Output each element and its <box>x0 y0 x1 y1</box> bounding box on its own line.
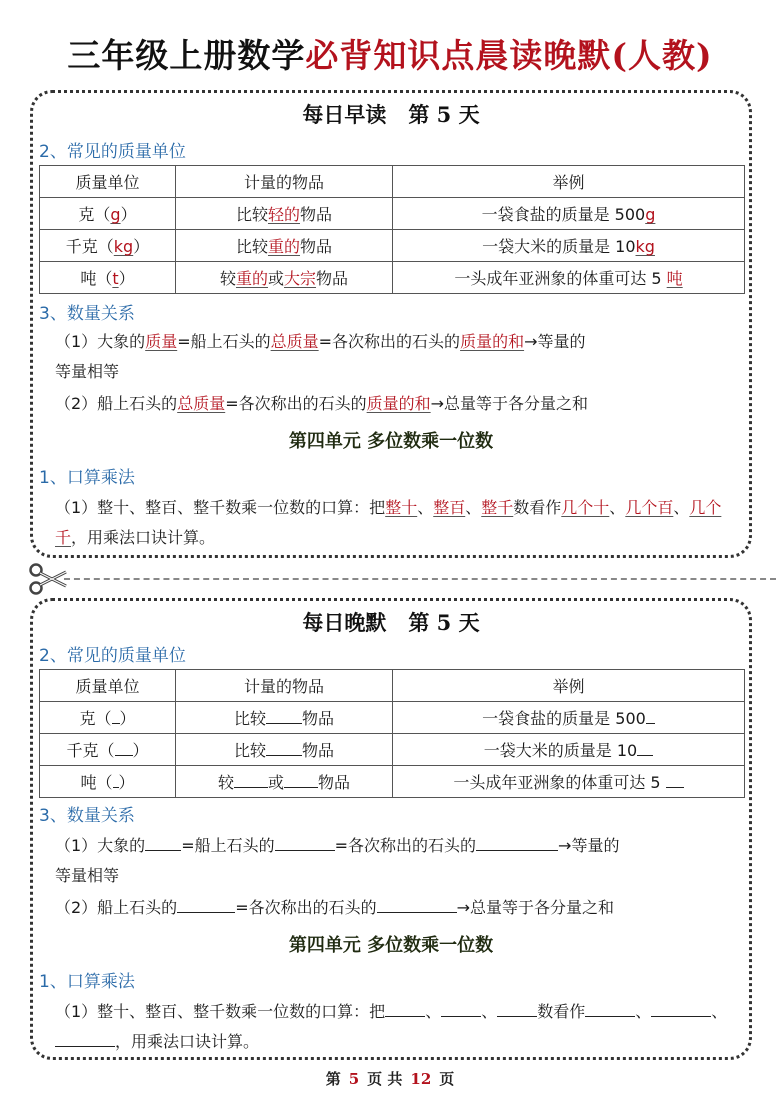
text: =各次称出的石头的 <box>235 898 376 917</box>
answer: 整十 <box>385 498 417 517</box>
answer: kg <box>636 237 655 256</box>
mass-units-table-blank: 质量单位 计量的物品 举例 克（） 比较物品 一袋食盐的质量是 500 千克（）… <box>39 669 745 798</box>
unit-cell: 千克（kg） <box>40 230 176 262</box>
text: =各次称出的石头的 <box>225 394 366 413</box>
heading-day: 第 5 天 <box>408 610 479 635</box>
example-cell: 一头成年亚洲象的体重可达 5 <box>393 766 745 798</box>
table-row: 吨（t） 较重的或大宗物品 一头成年亚洲象的体重可达 5 吨 <box>40 262 745 294</box>
text: 、 <box>673 498 689 517</box>
page-title: 三年级上册数学必背知识点晨读晚默(人教) <box>0 30 780 77</box>
text: =各次称出的石头的 <box>335 836 476 855</box>
text: （2）船上石头的 <box>55 394 177 413</box>
item-cell: 较或物品 <box>176 766 393 798</box>
text: 或 <box>268 773 284 792</box>
fill-blank[interactable] <box>55 1033 115 1047</box>
answer: 吨 <box>667 269 683 288</box>
fill-blank[interactable] <box>234 774 268 788</box>
fill-blank[interactable] <box>266 742 302 756</box>
example-cell: 一头成年亚洲象的体重可达 5 吨 <box>393 262 745 294</box>
text: 页 共 <box>367 1070 402 1088</box>
text: →等量的 <box>524 332 585 351</box>
text: ） <box>119 269 135 288</box>
text: 吨（ <box>80 269 112 288</box>
text: →总量等于各分量之和 <box>457 898 614 917</box>
section-title-oral-multiplication: 1、口算乘法 <box>39 463 135 488</box>
text: →总量等于各分量之和 <box>431 394 588 413</box>
text: （1）整十、整百、整千数乘一位数的口算：把 <box>55 1002 385 1021</box>
unit-4-heading: 第四单元 多位数乘一位数 <box>33 427 749 453</box>
page-footer: 第5页 共12页 <box>0 1068 780 1089</box>
answer: g <box>110 205 120 224</box>
answer: g <box>645 205 655 224</box>
col-header: 质量单位 <box>40 166 176 198</box>
fill-blank[interactable] <box>275 837 335 851</box>
text: 较 <box>218 773 234 792</box>
text: 一袋大米的质量是 10 <box>484 741 637 760</box>
text: 、 <box>711 1002 727 1021</box>
text: 、 <box>609 498 625 517</box>
relation-2: （2）船上石头的总质量=各次称出的石头的质量的和→总量等于各分量之和 <box>55 389 745 419</box>
table-row: 克（g） 比较轻的物品 一袋食盐的质量是 500g <box>40 198 745 230</box>
text: 吨（ <box>80 773 112 792</box>
heading-label: 每日晚默 <box>302 610 386 635</box>
section-title-oral-multiplication: 1、口算乘法 <box>39 967 135 992</box>
fill-blank[interactable] <box>637 742 653 756</box>
unit-cell: 千克（） <box>40 734 176 766</box>
text: 克（ <box>78 205 110 224</box>
text: 、 <box>417 498 433 517</box>
unit-cell: 吨（t） <box>40 262 176 294</box>
item-cell: 比较轻的物品 <box>176 198 393 230</box>
text: （1）大象的 <box>55 836 145 855</box>
text: 数看作 <box>537 1002 585 1021</box>
oral-calc-rule: （1）整十、整百、整千数乘一位数的口算：把、、数看作、、，用乘法口诀计算。 <box>55 997 745 1057</box>
example-cell: 一袋食盐的质量是 500g <box>393 198 745 230</box>
text: 物品 <box>316 269 348 288</box>
fill-blank[interactable] <box>115 742 133 756</box>
fill-blank[interactable] <box>145 837 181 851</box>
table-row: 吨（） 较或物品 一头成年亚洲象的体重可达 5 <box>40 766 745 798</box>
text: 比较 <box>236 237 268 256</box>
text: 、 <box>635 1002 651 1021</box>
text: ，用乘法口诀计算。 <box>115 1032 259 1051</box>
text: ） <box>120 709 136 728</box>
section-title-quantity-relations: 3、数量关系 <box>39 801 135 826</box>
current-page: 5 <box>349 1070 359 1088</box>
table-row: 千克（kg） 比较重的物品 一袋大米的质量是 10kg <box>40 230 745 262</box>
answer: 整百 <box>433 498 465 517</box>
title-red-part: 必背知识点晨读晚默(人教) <box>305 36 712 75</box>
unit-4-heading: 第四单元 多位数乘一位数 <box>33 931 749 957</box>
text: =各次称出的石头的 <box>319 332 460 351</box>
text: 比较 <box>234 709 266 728</box>
text: 物品 <box>302 709 334 728</box>
fill-blank[interactable] <box>651 1003 711 1017</box>
col-header: 举例 <box>393 166 745 198</box>
example-cell: 一袋大米的质量是 10kg <box>393 230 745 262</box>
section-title-mass-units: 2、常见的质量单位 <box>39 137 186 162</box>
item-cell: 比较物品 <box>176 734 393 766</box>
relation-1: （1）大象的=船上石头的=各次称出的石头的→等量的 <box>55 831 745 861</box>
answer: 总质量 <box>271 332 319 351</box>
text: （1）大象的 <box>55 332 145 351</box>
answer: 大宗 <box>284 269 316 288</box>
table-row: 克（） 比较物品 一袋食盐的质量是 500 <box>40 702 745 734</box>
item-cell: 较重的或大宗物品 <box>176 262 393 294</box>
fill-blank[interactable] <box>441 1003 481 1017</box>
fill-blank[interactable] <box>646 710 655 724</box>
heading-label: 每日早读 <box>302 102 386 127</box>
text: 页 <box>439 1070 454 1088</box>
text: 一头成年亚洲象的体重可达 5 <box>454 269 666 288</box>
mass-units-table: 质量单位 计量的物品 举例 克（g） 比较轻的物品 一袋食盐的质量是 500g … <box>39 165 745 294</box>
relation-1-cont: 等量相等 <box>55 357 745 387</box>
table-row: 千克（） 比较物品 一袋大米的质量是 10 <box>40 734 745 766</box>
col-header: 质量单位 <box>40 670 176 702</box>
item-cell: 比较重的物品 <box>176 230 393 262</box>
morning-reading-card: 每日早读第 5 天 2、常见的质量单位 质量单位 计量的物品 举例 克（g） 比… <box>30 90 752 558</box>
section-title-mass-units: 2、常见的质量单位 <box>39 641 186 666</box>
fill-blank[interactable] <box>177 899 235 913</box>
morning-card-heading: 每日早读第 5 天 <box>33 99 749 129</box>
col-header: 计量的物品 <box>176 166 393 198</box>
text: ，用乘法口诀计算。 <box>71 528 215 547</box>
text: →等量的 <box>558 836 619 855</box>
col-header: 举例 <box>393 670 745 702</box>
table-header-row: 质量单位 计量的物品 举例 <box>40 670 745 702</box>
answer: 总质量 <box>177 394 225 413</box>
fill-blank[interactable] <box>476 837 558 851</box>
fill-blank[interactable] <box>585 1003 635 1017</box>
text: =船上石头的 <box>181 836 274 855</box>
table-header-row: 质量单位 计量的物品 举例 <box>40 166 745 198</box>
text: ） <box>121 205 137 224</box>
text: ） <box>133 237 149 256</box>
answer: 重的 <box>236 269 268 288</box>
section-title-quantity-relations: 3、数量关系 <box>39 299 135 324</box>
example-cell: 一袋食盐的质量是 500 <box>393 702 745 734</box>
text: （1）整十、整百、整千数乘一位数的口算：把 <box>55 498 385 517</box>
answer: 质量 <box>145 332 177 351</box>
title-black-part: 三年级上册数学 <box>67 36 305 75</box>
heading-day: 第 5 天 <box>408 102 479 127</box>
text: 数看作 <box>513 498 561 517</box>
text: 千克（ <box>66 741 114 760</box>
text: 物品 <box>302 741 334 760</box>
text: 克（ <box>79 709 111 728</box>
text: 物品 <box>300 237 332 256</box>
scissors-icon <box>28 562 68 596</box>
item-cell: 比较物品 <box>176 702 393 734</box>
answer: kg <box>114 237 133 256</box>
cut-line-divider <box>64 578 776 580</box>
text: 第 <box>326 1070 341 1088</box>
fill-blank[interactable] <box>385 1003 425 1017</box>
text: ） <box>133 741 149 760</box>
fill-blank[interactable] <box>666 774 684 788</box>
text: 一袋食盐的质量是 500 <box>482 205 646 224</box>
text: 物品 <box>300 205 332 224</box>
text: 一头成年亚洲象的体重可达 5 <box>453 773 665 792</box>
text: （2）船上石头的 <box>55 898 177 917</box>
text: 、 <box>481 1002 497 1021</box>
text: 一袋大米的质量是 10 <box>482 237 635 256</box>
fill-blank[interactable] <box>377 899 457 913</box>
answer: 整千 <box>481 498 513 517</box>
text: 较 <box>220 269 236 288</box>
total-pages: 12 <box>410 1070 431 1088</box>
text: =船上石头的 <box>177 332 270 351</box>
fill-blank[interactable] <box>112 710 120 724</box>
answer: 几个十 <box>561 498 609 517</box>
answer: 重的 <box>268 237 300 256</box>
evening-card-heading: 每日晚默第 5 天 <box>33 607 749 637</box>
relation-2: （2）船上石头的=各次称出的石头的→总量等于各分量之和 <box>55 893 745 923</box>
fill-blank[interactable] <box>266 710 302 724</box>
fill-blank[interactable] <box>284 774 318 788</box>
text: 一袋食盐的质量是 500 <box>482 709 646 728</box>
text: 、 <box>465 498 481 517</box>
fill-blank[interactable] <box>497 1003 537 1017</box>
example-cell: 一袋大米的质量是 10 <box>393 734 745 766</box>
answer: 质量的和 <box>367 394 431 413</box>
unit-cell: 克（g） <box>40 198 176 230</box>
text: 、 <box>425 1002 441 1021</box>
text: 比较 <box>236 205 268 224</box>
text: 或 <box>268 269 284 288</box>
answer: 质量的和 <box>460 332 524 351</box>
relation-1-cont: 等量相等 <box>55 861 745 891</box>
text: 千克（ <box>66 237 114 256</box>
unit-cell: 克（） <box>40 702 176 734</box>
col-header: 计量的物品 <box>176 670 393 702</box>
relation-1: （1）大象的质量=船上石头的总质量=各次称出的石头的质量的和→等量的 <box>55 327 745 357</box>
unit-cell: 吨（） <box>40 766 176 798</box>
text: 物品 <box>318 773 350 792</box>
text: 比较 <box>234 741 266 760</box>
answer: 几个百 <box>625 498 673 517</box>
evening-recall-card: 每日晚默第 5 天 2、常见的质量单位 质量单位 计量的物品 举例 克（） 比较… <box>30 598 752 1060</box>
oral-calc-rule: （1）整十、整百、整千数乘一位数的口算：把整十、整百、整千数看作几个十、几个百、… <box>55 493 745 553</box>
text: ） <box>119 773 135 792</box>
answer: 轻的 <box>268 205 300 224</box>
